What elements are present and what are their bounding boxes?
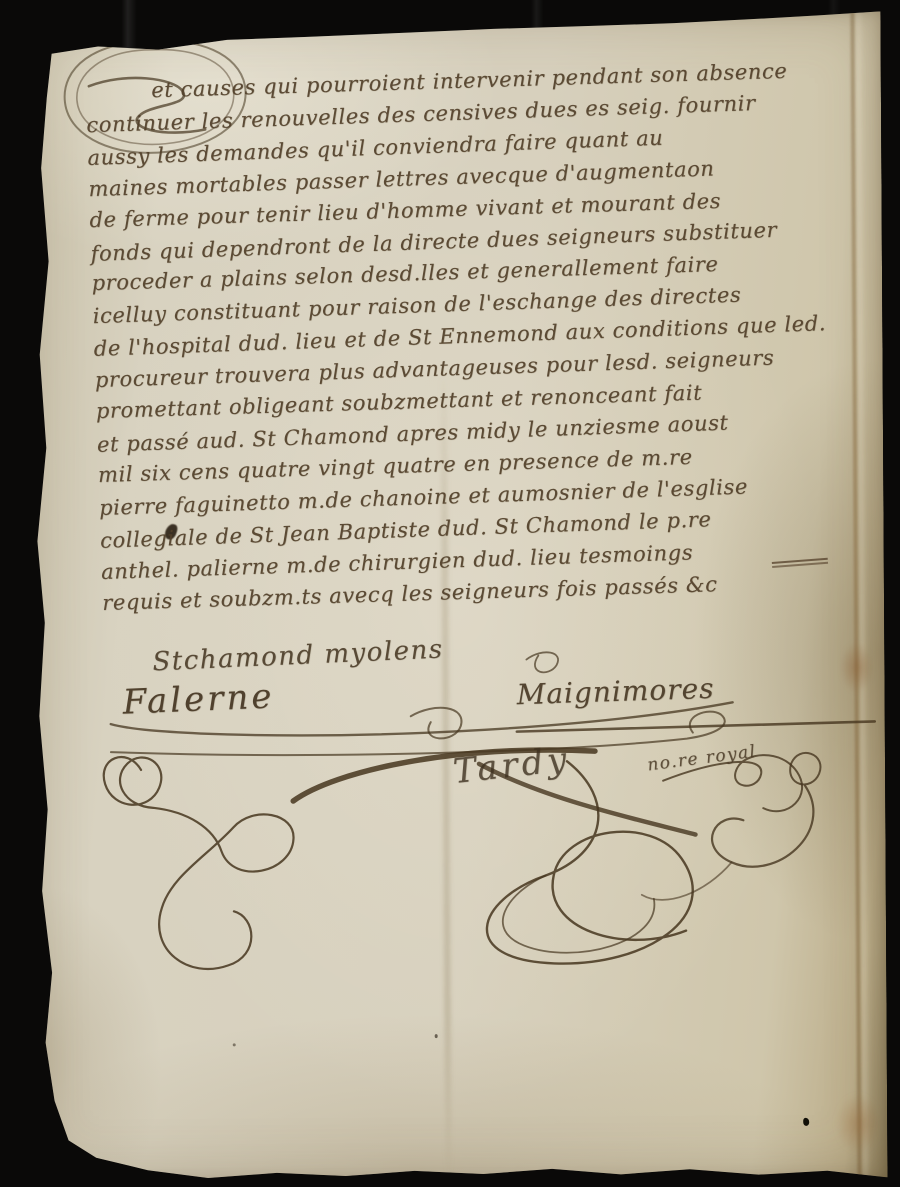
manuscript-page: et causes qui pourroient intervenir pend… <box>20 11 887 1182</box>
paper-speck <box>233 1043 236 1046</box>
notary-flourish <box>75 701 887 996</box>
paper-speck <box>435 1034 438 1038</box>
paper-hole <box>803 1118 809 1126</box>
photo-backdrop: et causes qui pourroient intervenir pend… <box>0 0 900 1187</box>
manuscript-text: et causes qui pourroient intervenir pend… <box>85 53 863 620</box>
paper-stain <box>835 1093 881 1153</box>
